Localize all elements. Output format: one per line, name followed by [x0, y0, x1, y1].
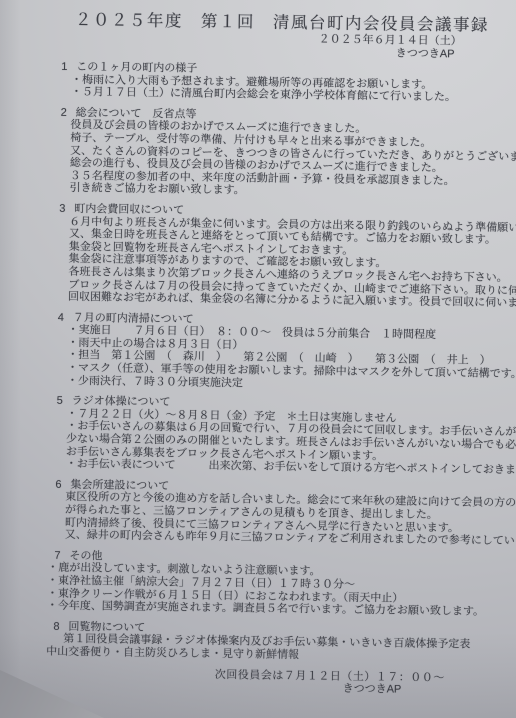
- section-heading: 町内会費回収について: [74, 203, 184, 217]
- section: 2総会について 反省点等役員及び会員の皆様のおかげでスムーズに進行できました。椅…: [59, 107, 506, 201]
- section: 8回覧物について第１回役員会議事録・ラジオ体操案内及びお手伝い募集・いきいき百歳…: [53, 621, 499, 665]
- section-heading: ラジオ体操について: [72, 395, 171, 408]
- section: 7その他・鹿が出没しています。刺激しないよう注意願います。・東浄社協主催「納涼大…: [54, 550, 501, 619]
- section: 1この１ヶ月の町内の様子・梅雨に入り大雨も予想されます。避難場所等の再確認をお願…: [61, 61, 507, 105]
- document-photo: ２０２５年度 第１回 清風台町内会役員会議事録 ２０２５年６月１４日（土） きつ…: [0, 0, 516, 718]
- section-number: 8: [53, 621, 68, 634]
- paper-sheet: ２０２５年度 第１回 清風台町内会役員会議事録 ２０２５年６月１４日（土） きつ…: [0, 0, 516, 698]
- section-number: 7: [54, 550, 69, 563]
- section: 4７月の町内清掃について・実施日 ７月６日（日） ８：００～ 役員は５分前集合 …: [57, 311, 504, 393]
- section-heading: その他: [69, 550, 102, 562]
- section-number: 6: [55, 479, 70, 492]
- section-number: 3: [59, 203, 74, 216]
- document-footer: 次回役員会は７月１２日（土）１７：００～ きつつきAP: [0, 665, 507, 698]
- sections-container: 1この１ヶ月の町内の様子・梅雨に入り大雨も予想されます。避難場所等の再確認をお願…: [53, 61, 507, 665]
- section-heading: 集会所建設について: [70, 479, 169, 492]
- section-number: 4: [58, 311, 73, 324]
- section-number: 5: [57, 395, 72, 408]
- section: 6集会所建設について東区役所の方と今後の進め方を話し合いました。総会にて来年秋の…: [55, 479, 502, 548]
- section-number: 1: [61, 61, 76, 74]
- section: 5ラジオ体操について・７月２２日（火）～８月８日（金）予定 ＊土日は実施しません…: [56, 395, 503, 477]
- section-heading: 回覧物について: [68, 621, 145, 634]
- section: 3町内会費回収について６月中旬より班長さんが集金に伺います。会員の方は出来る限り…: [58, 203, 505, 310]
- section-heading: この１ヶ月の町内の様子: [76, 61, 197, 75]
- section-number: 2: [61, 107, 76, 120]
